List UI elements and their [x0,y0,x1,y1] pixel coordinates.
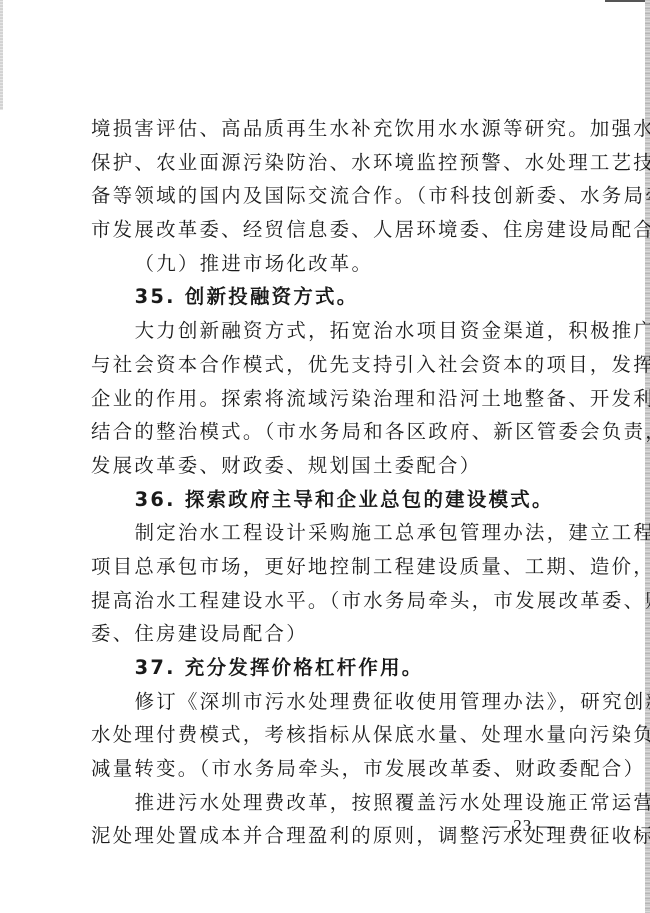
paragraph-line: 结合的整治模式。（市水务局和各区政府、新区管委会负责，市 [91,415,573,449]
paragraph-line: 备等领域的国内及国际交流合作。（市科技创新委、水务局牵头， [91,179,573,213]
paragraph-line: 项目总承包市场，更好地控制工程建设质量、工期、造价，切实 [91,550,573,584]
paragraph-line: 推进污水处理费改革，按照覆盖污水处理设施正常运营和污 [91,786,573,820]
paragraph-line: 大力创新融资方式，拓宽治水项目资金渠道，积极推广政府 [91,314,573,348]
paragraph-line: 委、住房建设局配合） [91,617,573,651]
scan-edge-left [0,0,3,110]
paragraph-line: 市发展改革委、经贸信息委、人居环境委、住房建设局配合） [91,213,573,247]
item-heading-35: 35. 创新投融资方式。 [91,280,573,314]
paragraph-line: 发展改革委、财政委、规划国土委配合） [91,449,573,483]
document-body: 境损害评估、高品质再生水补充饮用水水源等研究。加强水生态 保护、农业面源污染防治… [91,112,573,853]
paragraph-line: 提高治水工程建设水平。（市水务局牵头，市发展改革委、财政 [91,584,573,618]
paragraph-line: 制定治水工程设计采购施工总承包管理办法，建立工程建设 [91,516,573,550]
item-heading-37: 37. 充分发挥价格杠杆作用。 [91,651,573,685]
section-heading: （九）推进市场化改革。 [91,247,573,281]
page-number: — 23 — [490,816,556,836]
paragraph-line: 境损害评估、高品质再生水补充饮用水水源等研究。加强水生态 [91,112,573,146]
paragraph-line: 企业的作用。探索将流域污染治理和沿河土地整备、开发利用相 [91,382,573,416]
scan-edge-top [605,0,650,2]
paragraph-line: 保护、农业面源污染防治、水环境监控预警、水处理工艺技术装 [91,146,573,180]
paragraph-line: 修订《深圳市污水处理费征收使用管理办法》，研究创新污 [91,685,573,719]
item-heading-36: 36. 探索政府主导和企业总包的建设模式。 [91,483,573,517]
paragraph-line: 减量转变。（市水务局牵头，市发展改革委、财政委配合） [91,752,573,786]
paragraph-line: 水处理付费模式，考核指标从保底水量、处理水量向污染负荷削 [91,718,573,752]
paragraph-line: 与社会资本合作模式，优先支持引入社会资本的项目，发挥骨干 [91,348,573,382]
